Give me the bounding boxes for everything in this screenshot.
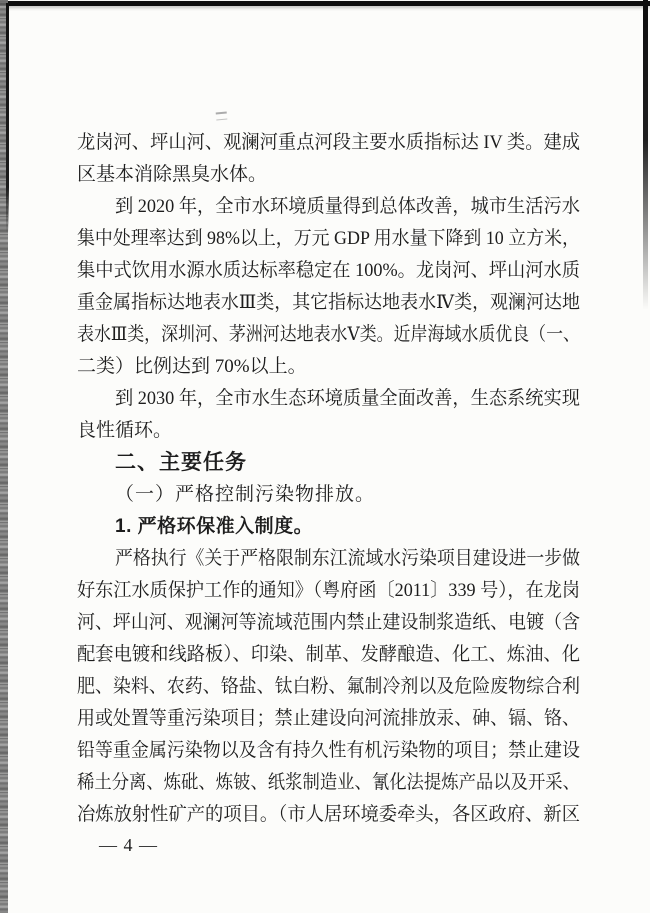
text-line: 到 2020 年，全市水环境质量得到总体改善，城市生活污水 [77, 191, 580, 223]
text-line: 集中式饮用水源水质达标率稳定在 100%。龙岗河、坪山河水质 [77, 255, 580, 287]
text-line: 用或处置等重污染项目；禁止建设向河流排放汞、砷、镉、铬、 [77, 703, 580, 735]
text-line: 肥、染料、农药、铬盐、钛白粉、氟制冷剂以及危险废物综合利 [77, 671, 580, 703]
text-line: 铅等重金属污染物以及含有持久性有机污染物的项目；禁止建设 [77, 735, 580, 767]
document-page: 龙岗河、坪山河、观澜河重点河段主要水质指标达 IV 类。建成区基本消除黑臭水体。… [0, 0, 650, 913]
scan-edge-top [0, 1, 650, 6]
subsection-heading: （一）严格控制污染物排放。 [77, 479, 580, 511]
page-number: — 4 — [99, 835, 158, 856]
text-line: 稀土分离、炼砒、炼铍、纸浆制造业、氰化法提炼产品以及开采、 [77, 767, 580, 799]
text-line: 龙岗河、坪山河、观澜河重点河段主要水质指标达 IV 类。建成 [77, 127, 580, 159]
text-line: 冶炼放射性矿产的项目。（市人居环境委牵头，各区政府、新区 [77, 799, 580, 831]
text-line: 区基本消除黑臭水体。 [77, 159, 580, 191]
text-line: 严格执行《关于严格限制东江流域水污染项目建设进一步做 [77, 543, 580, 575]
clause-heading: 1. 严格环保准入制度。 [77, 511, 580, 543]
text-line: 集中处理率达到 98%以上，万元 GDP 用水量下降到 10 立方米， [77, 223, 580, 255]
text-line: 好东江水质保护工作的通知》（粤府函〔2011〕339 号），在龙岗 [77, 575, 580, 607]
scan-edge-left-line [6, 3, 9, 233]
text-line: 表水Ⅲ类，深圳河、茅洲河达地表水Ⅴ类。近岸海域水质优良（一、 [77, 319, 580, 351]
text-line: 二类）比例达到 70%以上。 [77, 351, 580, 383]
text-line: 河、坪山河、观澜河等流域范围内禁止建设制浆造纸、电镀（含 [77, 607, 580, 639]
text-line: 重金属指标达地表水Ⅲ类，其它指标达地表水Ⅳ类，观澜河达地 [77, 287, 580, 319]
section-heading: 二、主要任务 [77, 447, 580, 479]
scan-edge-right [643, 0, 648, 310]
scan-artifact-dash [216, 112, 228, 121]
text-line: 到 2030 年，全市水生态环境质量全面改善，生态系统实现 [77, 383, 580, 415]
document-body: 龙岗河、坪山河、观澜河重点河段主要水质指标达 IV 类。建成区基本消除黑臭水体。… [77, 127, 580, 831]
text-line: 良性循环。 [77, 415, 580, 447]
text-line: 配套电镀和线路板）、印染、制革、发酵酿造、化工、炼油、化 [77, 639, 580, 671]
